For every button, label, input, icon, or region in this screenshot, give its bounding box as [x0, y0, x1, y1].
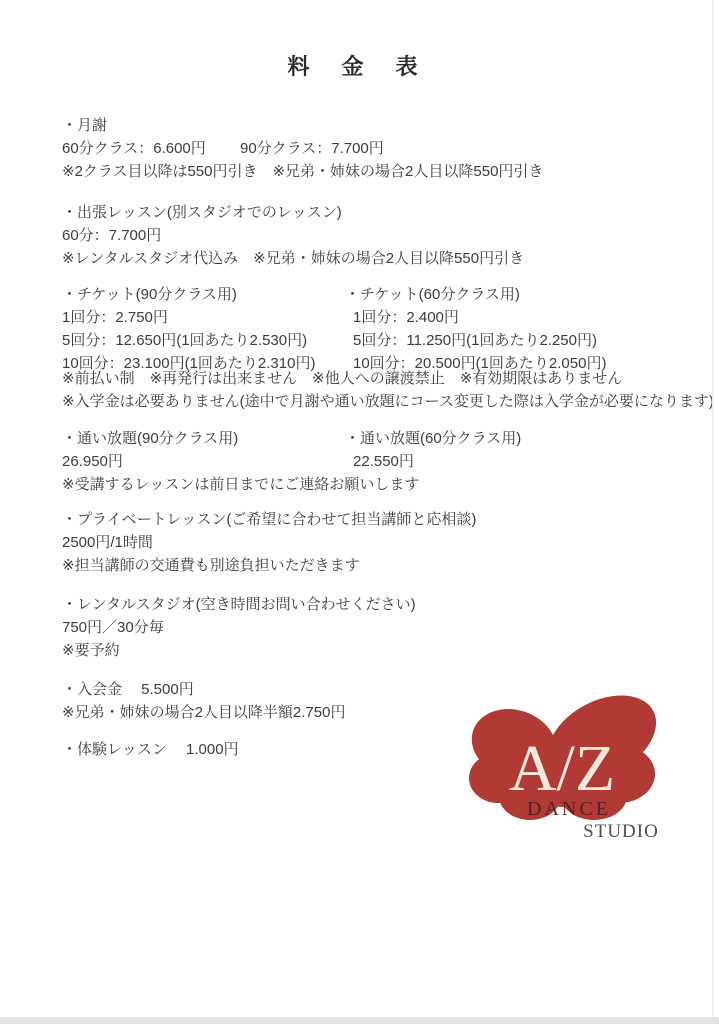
photo-bottom-edge — [0, 1017, 719, 1024]
ticket-60-price-5: 5回分：11.250円(1回あたり2.250円) — [345, 329, 606, 352]
section-private-lesson: ・プライベートレッスン(ご希望に合わせて担当講師と応相談) 2500円/1時間 … — [62, 508, 476, 577]
photo-right-edge — [712, 0, 714, 1017]
ticket-note-1: ※前払い制 ※再発行は出来ません ※他人への譲渡禁止 ※有効期限はありません — [62, 367, 714, 390]
ticket-90-price-5: 5回分：12.650円(1回あたり2.530円) — [62, 329, 345, 352]
price-sheet-page: 料金表 ・月謝 60分クラス：6.600円90分クラス：7.700円 ※2クラス… — [0, 0, 719, 1024]
unlimited-60-price: 22.550円 — [345, 453, 414, 470]
visiting-heading: ・出張レッスン(別スタジオでのレッスン) — [62, 201, 524, 224]
logo-monogram: A/Z — [509, 732, 615, 805]
ticket-60-price-1: 1回分：2.400円 — [345, 306, 606, 329]
ticket-60-column: ・チケット(60分クラス用) 1回分：2.400円 5回分：11.250円(1回… — [345, 283, 606, 375]
rental-price: 750円／30分毎 — [62, 616, 416, 639]
section-tickets: ・チケット(90分クラス用) 1回分：2.750円 5回分：12.650円(1回… — [62, 283, 606, 375]
visiting-price: 60分：7.700円 — [62, 224, 524, 247]
private-price: 2500円/1時間 — [62, 531, 476, 554]
unlimited-90-heading: ・通い放題(90分クラス用) — [62, 427, 345, 450]
section-unlimited: ・通い放題(90分クラス用)・通い放題(60分クラス用) 26.950円22.5… — [62, 427, 521, 496]
trial-heading: ・体験レッスン 1.000円 — [62, 738, 239, 761]
private-heading: ・プライベートレッスン(ご希望に合わせて担当講師と応相談) — [62, 508, 476, 531]
ticket-60-heading: ・チケット(60分クラス用) — [345, 283, 606, 306]
logo-studio-label: STUDIO — [583, 821, 659, 842]
page-title: 料金表 — [9, 54, 719, 80]
unlimited-note: ※受講するレッスンは前日までにご連絡お願いします — [62, 473, 521, 496]
section-monthly: ・月謝 60分クラス：6.600円90分クラス：7.700円 ※2クラス目以降は… — [62, 114, 543, 183]
private-note: ※担当講師の交通費も別途負担いただきます — [62, 554, 476, 577]
section-ticket-notes: ※前払い制 ※再発行は出来ません ※他人への譲渡禁止 ※有効期限はありません ※… — [62, 367, 714, 413]
ticket-note-2: ※入学金は必要ありません(途中で月謝や通い放題にコース変更した際は入学金が必要に… — [62, 390, 714, 413]
admission-heading: ・入会金 5.500円 — [62, 678, 345, 701]
monthly-price-90: 90分クラス：7.700円 — [240, 140, 384, 157]
rental-note: ※要予約 — [62, 639, 416, 662]
ticket-90-heading: ・チケット(90分クラス用) — [62, 283, 345, 306]
unlimited-60-heading: ・通い放題(60分クラス用) — [345, 430, 521, 447]
logo-dance-label: DANCE — [527, 798, 611, 820]
visiting-note: ※レンタルスタジオ代込み ※兄弟・姉妹の場合2人目以降550円引き — [62, 247, 524, 270]
section-admission-fee: ・入会金 5.500円 ※兄弟・姉妹の場合2人目以降半額2.750円 — [62, 678, 345, 724]
studio-logo: A/Z DANCE STUDIO — [452, 690, 707, 852]
ticket-90-column: ・チケット(90分クラス用) 1回分：2.750円 5回分：12.650円(1回… — [62, 283, 345, 375]
rental-heading: ・レンタルスタジオ(空き時間お問い合わせください) — [62, 593, 416, 616]
section-visiting-lesson: ・出張レッスン(別スタジオでのレッスン) 60分：7.700円 ※レンタルスタジ… — [62, 201, 524, 270]
unlimited-90-price: 26.950円 — [62, 450, 345, 473]
monthly-note: ※2クラス目以降は550円引き ※兄弟・姉妹の場合2人目以降550円引き — [62, 160, 543, 183]
monthly-price-60: 60分クラス：6.600円 — [62, 137, 240, 160]
monthly-heading: ・月謝 — [62, 114, 543, 137]
section-trial-lesson: ・体験レッスン 1.000円 — [62, 738, 239, 761]
ticket-90-price-1: 1回分：2.750円 — [62, 306, 345, 329]
section-rental-studio: ・レンタルスタジオ(空き時間お問い合わせください) 750円／30分毎 ※要予約 — [62, 593, 416, 662]
admission-note: ※兄弟・姉妹の場合2人目以降半額2.750円 — [62, 701, 345, 724]
